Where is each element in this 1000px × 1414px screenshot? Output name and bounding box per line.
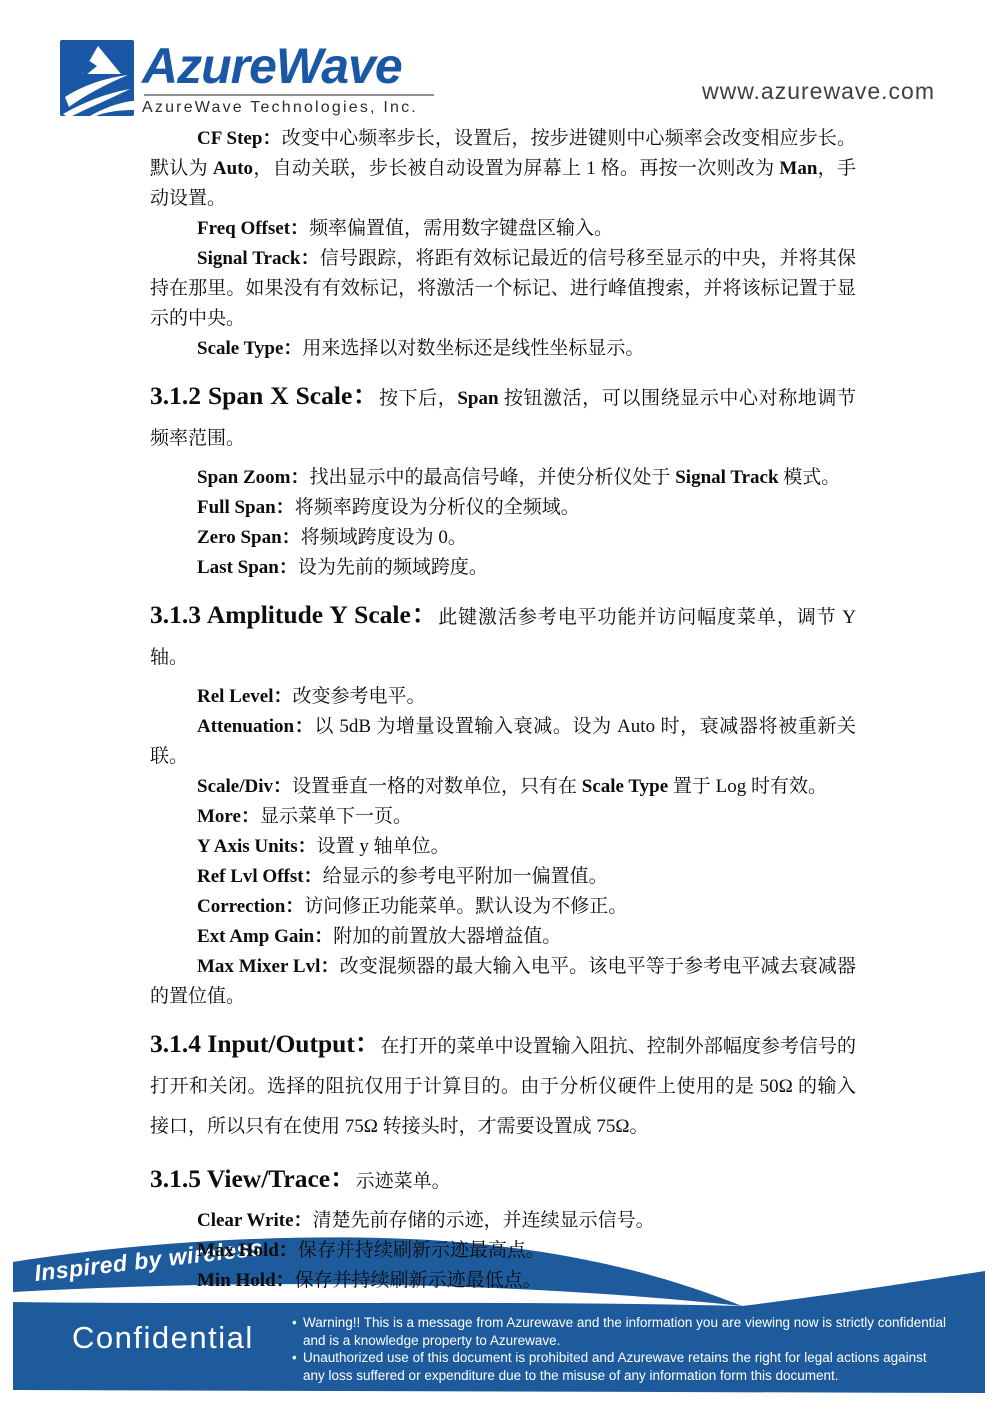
term-label: Max Hold： (197, 1240, 298, 1261)
heading-label: 3.1.2 Span X Scale： (150, 381, 379, 410)
body-text: 访问修正功能菜单。默认设为不修正。 (304, 896, 627, 917)
body-text: 找出显示中的最高信号峰，并使分析仪处于 (309, 467, 675, 488)
paragraph: Rel Level：改变参考电平。 (150, 682, 856, 712)
paragraph: Zero Span：将频域跨度设为 0。 (150, 523, 856, 553)
body-text: 显示菜单下一页。 (260, 806, 412, 827)
term-label: Zero Span： (197, 527, 301, 548)
bullet-icon: • (292, 1349, 303, 1384)
logo-subtitle: AzureWave Technologies, Inc. (142, 99, 434, 117)
section-heading: 3.1.2 Span X Scale：按下后，Span 按钮激活，可以围绕显示中… (150, 376, 856, 459)
term-label: Last Span： (197, 557, 298, 578)
warning-item: •Unauthorized use of this document is pr… (292, 1349, 952, 1384)
term-label: Span Zoom： (197, 467, 309, 488)
paragraph: Ref Lvl Offst：给显示的参考电平附加一偏置值。 (150, 862, 856, 892)
document-page: AzureWave AzureWave Technologies, Inc. w… (0, 0, 1000, 1414)
body-text: ，自动关联，步长被自动设置为屏幕上 1 格。再按一次则改为 (253, 158, 779, 179)
term-label: Correction： (197, 896, 304, 917)
confidential-label: Confidential (72, 1320, 254, 1356)
warning-text: Unauthorized use of this document is pro… (303, 1349, 952, 1384)
term-label: Attenuation： (197, 716, 314, 737)
term-label: Max Mixer Lvl： (197, 956, 340, 977)
warning-notice: •Warning!! This is a message from Azurew… (292, 1314, 952, 1384)
term-label: Scale Type (582, 776, 668, 797)
term-label: More： (197, 806, 260, 827)
bullet-icon: • (292, 1314, 303, 1349)
term-label: Man (779, 158, 817, 179)
header: AzureWave AzureWave Technologies, Inc. w… (0, 0, 1000, 125)
azurewave-logo: AzureWave AzureWave Technologies, Inc. (60, 40, 434, 117)
paragraph: Scale Type：用来选择以对数坐标还是线性坐标显示。 (150, 334, 856, 364)
logo-wordmark: AzureWave (142, 40, 434, 92)
paragraph: CF Step：改变中心频率步长，设置后，按步进键则中心频率会改变相应步长。默认… (150, 124, 856, 214)
paragraph: Min Hold：保存并持续刷新示迹最低点。 (150, 1266, 856, 1296)
term-label: Y Axis Units： (197, 836, 317, 857)
paragraph: Scale/Div：设置垂直一格的对数单位，只有在 Scale Type 置于 … (150, 772, 856, 802)
paragraph: Max Mixer Lvl：改变混频器的最大输入电平。该电平等于参考电平减去衰减… (150, 952, 856, 1012)
body-text: 模式。 (779, 467, 841, 488)
term-label: Freq Offset： (197, 218, 309, 239)
section-heading: 3.1.3 Amplitude Y Scale：此键激活参考电平功能并访问幅度菜… (150, 595, 856, 678)
body-text: 保存并持续刷新示迹最高点。 (298, 1240, 545, 1261)
term-label: Full Span： (197, 497, 295, 518)
term-label: Signal Track： (197, 248, 320, 269)
logo-text: AzureWave AzureWave Technologies, Inc. (142, 40, 434, 117)
body-text: 设为先前的频域跨度。 (298, 557, 488, 578)
body-text: 设置 y 轴单位。 (317, 836, 450, 857)
section-heading: 3.1.5 View/Trace：示迹菜单。 (150, 1159, 856, 1202)
term-label: Scale/Div： (197, 776, 292, 797)
term-label: Rel Level： (197, 686, 293, 707)
term-label: Clear Write： (197, 1210, 313, 1231)
paragraph: Correction：访问修正功能菜单。默认设为不修正。 (150, 892, 856, 922)
heading-label: 3.1.4 Input/Output： (150, 1029, 380, 1058)
paragraph: Y Axis Units：设置 y 轴单位。 (150, 832, 856, 862)
paragraph: Last Span：设为先前的频域跨度。 (150, 553, 856, 583)
heading-label: 3.1.5 View/Trace： (150, 1164, 356, 1193)
body-text: 示迹菜单。 (356, 1171, 451, 1192)
term-label: CF Step： (197, 128, 282, 149)
paragraph: Signal Track：信号跟踪，将距有效标记最近的信号移至显示的中央，并将其… (150, 244, 856, 334)
term-label: Scale Type： (197, 338, 302, 359)
body-text: 用来选择以对数坐标还是线性坐标显示。 (302, 338, 644, 359)
term-label: Span (457, 388, 498, 409)
term-label: Ext Amp Gain： (197, 926, 333, 947)
paragraph: Span Zoom：找出显示中的最高信号峰，并使分析仪处于 Signal Tra… (150, 463, 856, 493)
body-text: 给显示的参考电平附加一偏置值。 (323, 866, 608, 887)
body-text: 置于 Log 时有效。 (668, 776, 827, 797)
paragraph: Full Span：将频率跨度设为分析仪的全频域。 (150, 493, 856, 523)
paragraph: Max Hold：保存并持续刷新示迹最高点。 (150, 1236, 856, 1266)
body-text: 保存并持续刷新示迹最低点。 (295, 1270, 542, 1291)
body-text: 清楚先前存储的示迹，并连续显示信号。 (313, 1210, 655, 1231)
body-text: 附加的前置放大器增益值。 (333, 926, 561, 947)
section-heading: 3.1.4 Input/Output：在打开的菜单中设置输入阻抗、控制外部幅度参… (150, 1024, 856, 1147)
document-body: CF Step：改变中心频率步长，设置后，按步进键则中心频率会改变相应步长。默认… (150, 124, 856, 1296)
term-label: Ref Lvl Offst： (197, 866, 323, 887)
paragraph: Clear Write：清楚先前存储的示迹，并连续显示信号。 (150, 1206, 856, 1236)
heading-label: 3.1.3 Amplitude Y Scale： (150, 600, 438, 629)
body-text: 频率偏置值，需用数字键盘区输入。 (309, 218, 613, 239)
body-text: 将频域跨度设为 0。 (301, 527, 467, 548)
website-url: www.azurewave.com (702, 78, 935, 105)
body-text: 将频率跨度设为分析仪的全频域。 (295, 497, 580, 518)
warning-item: •Warning!! This is a message from Azurew… (292, 1314, 952, 1349)
paragraph: More：显示菜单下一页。 (150, 802, 856, 832)
azurewave-logo-icon (60, 40, 134, 116)
paragraph: Attenuation：以 5dB 为增量设置输入衰减。设为 Auto 时，衰减… (150, 712, 856, 772)
body-text: 改变参考电平。 (293, 686, 426, 707)
body-text: 按下后， (379, 388, 457, 409)
paragraph: Freq Offset：频率偏置值，需用数字键盘区输入。 (150, 214, 856, 244)
term-label: Min Hold： (197, 1270, 295, 1291)
body-text: 设置垂直一格的对数单位，只有在 (292, 776, 582, 797)
term-label: Auto (213, 158, 253, 179)
logo-divider (144, 94, 434, 96)
warning-text: Warning!! This is a message from Azurewa… (303, 1314, 952, 1349)
paragraph: Ext Amp Gain：附加的前置放大器增益值。 (150, 922, 856, 952)
term-label: Signal Track (675, 467, 778, 488)
